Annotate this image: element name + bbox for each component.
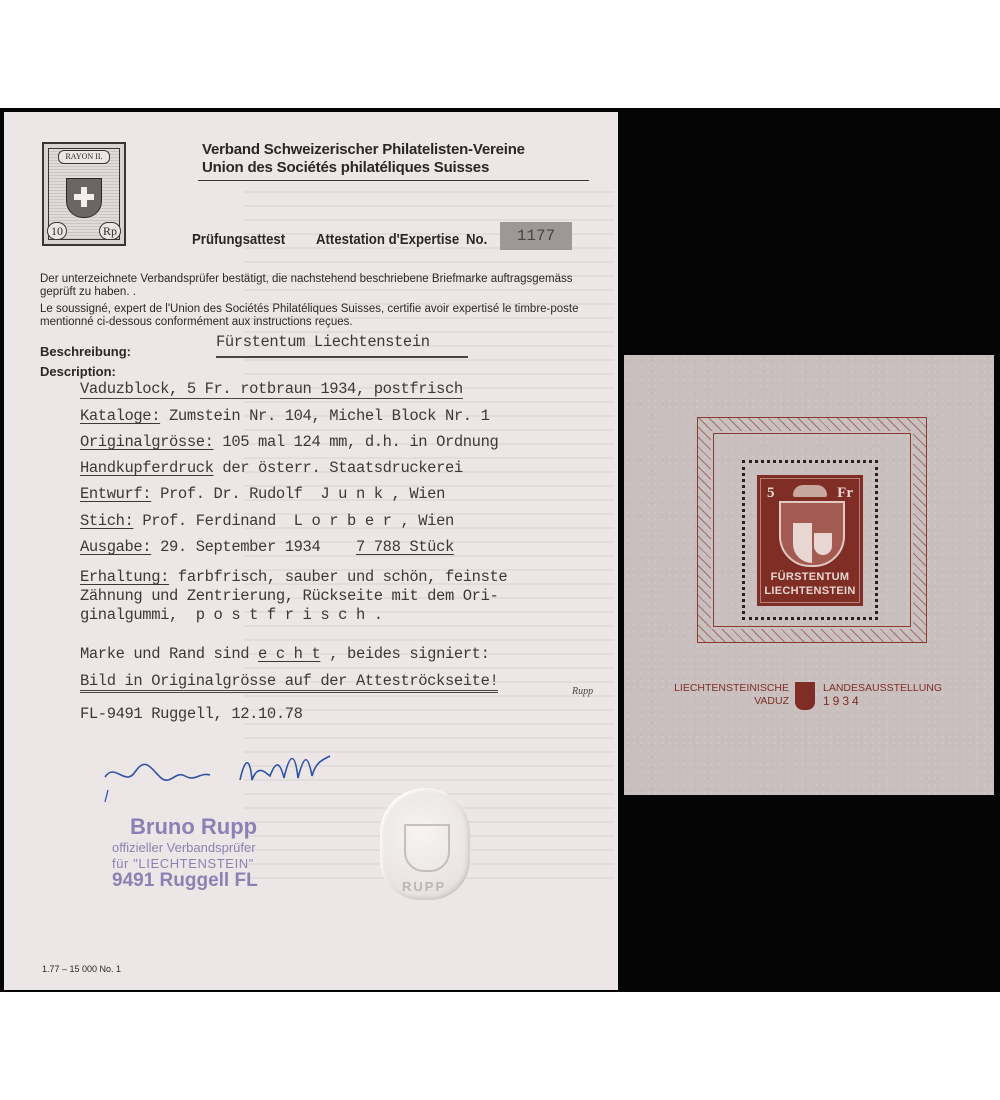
description-line: Handkupferdruck der österr. Staatsdrucke… — [80, 459, 463, 477]
handstamp-for: für "LIECHTENSTEIN" — [112, 856, 254, 871]
handstamp-address: 9491 Ruggell FL — [112, 870, 258, 892]
margin-initials: Rupp — [572, 686, 593, 697]
stamp-country-line2: LIECHTENSTEIN — [757, 585, 863, 597]
stamp-currency: Fr — [837, 485, 853, 502]
description-line: Kataloge: Zumstein Nr. 104, Michel Block… — [80, 407, 489, 425]
handstamp-name: Bruno Rupp — [130, 814, 257, 840]
stamp-value: 5 — [767, 485, 775, 502]
description-heading: Fürstentum Liechtenstein — [216, 333, 430, 351]
exhibition-right-text: LANDESAUSSTELLUNG 1934 — [823, 682, 942, 708]
description-line: Ausgabe: 29. September 1934 7 788 Stück — [80, 538, 454, 556]
description-line: Originalgrösse: 105 mal 124 mm, d.h. in … — [80, 433, 498, 451]
handstamp-title: offizieller Verbandsprüfer — [112, 840, 256, 855]
signature — [100, 742, 350, 802]
souvenir-sheet-image: 5 Fr FÜRSTENTUM LIECHTENSTEIN LIECHTENST… — [624, 355, 994, 795]
description-line: Stich: Prof. Ferdinand L o r b e r , Wie… — [80, 512, 454, 530]
genuine-statement: Marke und Rand sind e c h t , beides sig… — [80, 645, 489, 663]
postage-stamp: 5 Fr FÜRSTENTUM LIECHTENSTEIN — [757, 475, 863, 606]
image-note: Bild in Originalgrösse auf der Atteströc… — [80, 672, 498, 690]
place-date: FL-9491 Ruggell, 12.10.78 — [80, 705, 303, 723]
swiss-shield-icon — [66, 178, 102, 218]
title-fr: Attestation d'Expertise — [316, 231, 459, 248]
coat-of-arms-icon — [779, 501, 845, 567]
vaduz-emblem-icon — [795, 682, 815, 710]
heading-underline — [216, 356, 468, 358]
description-line: Vaduzblock, 5 Fr. rotbraun 1934, postfri… — [80, 380, 463, 398]
organization-name-fr: Union des Sociétés philatéliques Suisses — [202, 159, 489, 176]
logo-top-label: RAYON II. — [58, 150, 110, 164]
swiss-rayon-stamp-icon: RAYON II. 10 Rp — [42, 142, 126, 246]
title-de: Prüfungsattest — [192, 231, 285, 248]
description-label-fr: Description: — [40, 364, 116, 379]
description-line: Entwurf: Prof. Dr. Rudolf J u n k , Wien — [80, 485, 445, 503]
embossed-seal-icon: RUPP — [380, 788, 470, 900]
stamp-country-line1: FÜRSTENTUM — [757, 571, 863, 583]
certificate-number: 1177 — [500, 222, 572, 250]
organization-name-de: Verband Schweizerischer Philatelisten-Ve… — [202, 141, 525, 158]
certificate-document: RAYON II. 10 Rp Verband Schweizerischer … — [4, 112, 618, 990]
description-line: Erhaltung: farbfrisch, sauber und schön,… — [80, 568, 507, 625]
number-label: No. — [466, 231, 487, 248]
intro-text-fr: Le soussigné, expert de l'Union des Soci… — [40, 303, 600, 329]
logo-value-right: Rp — [99, 222, 121, 240]
header-divider — [198, 180, 589, 181]
description-label-de: Beschreibung: — [40, 344, 131, 359]
exhibition-left-text: LIECHTENSTEINISCHE VADUZ — [674, 682, 789, 708]
logo-value-left: 10 — [47, 222, 67, 240]
intro-text-de: Der unterzeichnete Verbandsprüfer bestät… — [40, 273, 600, 299]
crown-icon — [793, 485, 827, 497]
footer-code: 1.77 – 15 000 No. 1 — [42, 964, 121, 974]
